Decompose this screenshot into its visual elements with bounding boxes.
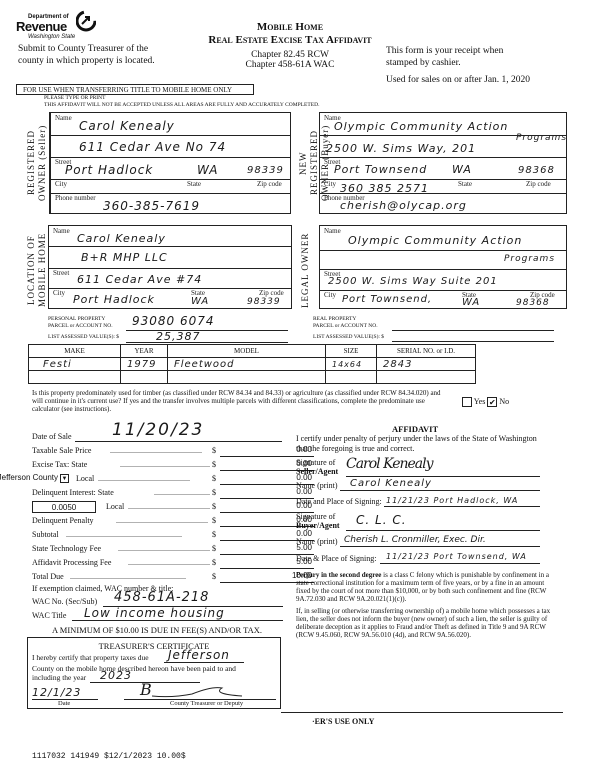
dot-leader: ........................................… [110, 446, 210, 455]
buyer-zip-input[interactable]: 98368 [518, 165, 555, 176]
location-name-label: Name [53, 227, 70, 235]
affidavit-title: AFFIDAVIT [392, 424, 438, 434]
buyer-email-input[interactable]: cherish@olycap.org [340, 199, 467, 212]
dollar-sign: $ [212, 530, 216, 539]
dot-leader: ........................................… [118, 544, 210, 553]
dollar-sign: $ [212, 474, 216, 483]
location-label-1: LOCATION OF [26, 235, 36, 305]
no-label: No [499, 397, 509, 406]
seller-sig-label-2: Seller/Agent [296, 467, 338, 476]
seller-label-2: OWNER (Seller) [37, 125, 47, 201]
chapter-rcw: Chapter 82.45 RCW [180, 50, 400, 60]
seller-name-label: Name [55, 114, 72, 122]
buyer-date-place-input[interactable]: 11/21/23 Port Townsend, WA [386, 552, 527, 561]
personal-assessed-input[interactable]: 25,387 [156, 330, 201, 343]
real-parcel-input[interactable] [392, 323, 554, 331]
dollar-sign: $ [212, 516, 216, 525]
seller-box: Name Carol Kenealy 611 Cedar Ave No 74 S… [49, 112, 291, 214]
buyer-sig-label-1: Signature of [296, 512, 340, 521]
fee-row-penalty: Delinquent Penalty .....................… [32, 515, 302, 528]
buyer-zip-label: Zip code [526, 180, 551, 188]
seller-zip-label: Zip code [257, 180, 282, 188]
title-line-2: Real Estate Excise Tax Affidavit [180, 34, 400, 46]
personal-assessed-line [126, 342, 288, 343]
logo-state-text: Washington State [28, 34, 75, 40]
submit-text-2: county in which property is located. [18, 55, 155, 67]
legal-name-input[interactable]: Olympic Community Action [348, 234, 522, 247]
seller-date-line [384, 506, 540, 507]
location-city-label: City [53, 289, 65, 297]
location-name-line2[interactable]: B+R MHP LLC [81, 251, 168, 264]
fee-label: Excise Tax: State [32, 460, 87, 469]
fee-label: Subtotal [32, 530, 59, 539]
treasurer-year-input[interactable]: 2023 [100, 669, 132, 682]
cashier-use-label: ·ER'S USE ONLY [312, 717, 374, 726]
warning-text: THIS AFFIDAVIT WILL NOT BE ACCEPTED UNLE… [44, 102, 319, 108]
seller-state-input[interactable]: WA [197, 163, 218, 177]
perjury-bold: Perjury in the second degree [296, 571, 381, 579]
used-for-text: Used for sales on or after Jan. 1, 2020 [386, 74, 530, 86]
seller-address-input[interactable]: 611 Cedar Ave No 74 [79, 140, 226, 154]
dot-leader: ........................................… [120, 460, 210, 469]
date-of-sale-input[interactable]: 11/20/23 [112, 420, 204, 440]
real-parcel-label: REAL PROPERTY PARCEL or ACCOUNT NO. [313, 316, 378, 330]
fee-row-subtotal: Subtotal ...............................… [32, 529, 302, 542]
header-make: MAKE [29, 345, 121, 358]
treasurer-title: TREASURER'S CERTIFICATE [28, 641, 280, 651]
submit-text-1: Submit to County Treasurer of the [18, 43, 155, 55]
personal-assessed-label: LIST ASSESSED VALUE(S): $ [48, 334, 119, 340]
location-street-label: Street [53, 269, 69, 277]
fee-row-excise-state: Excise Tax: State ......................… [32, 459, 302, 472]
buyer-name-print-label: Name (print) [296, 537, 338, 546]
wac-no-input[interactable]: 458-61A-218 [114, 590, 209, 605]
size-cell[interactable] [326, 371, 377, 384]
fee-label: Taxable Sale Price [32, 446, 91, 455]
model-cell[interactable]: Fleetwood [168, 358, 326, 371]
buyer-city-input[interactable]: Port Townsend [334, 163, 427, 176]
minimum-due-note: A MINIMUM OF $10.00 IS DUE IN FEE(S) AND… [52, 625, 262, 635]
dollar-sign: $ [212, 558, 216, 567]
seller-zip-input[interactable]: 98339 [247, 165, 284, 176]
buyer-label-1: NEW REGISTERED [298, 131, 319, 196]
buyer-state-label: State [458, 180, 472, 188]
fee-row-interest-state: Delinquent Interest: State .............… [32, 487, 302, 500]
dollar-sign: $ [212, 572, 216, 581]
dot-leader: ........................................… [154, 488, 210, 497]
fee-label: Local [76, 474, 94, 483]
dollar-sign: $ [212, 488, 216, 497]
dollar-sign: $ [212, 460, 216, 469]
logo-revenue-text: Revenue [16, 19, 67, 34]
affidavit-certify: I certify under penalty of perjury under… [296, 434, 546, 454]
dot-leader: ........................................… [128, 558, 210, 567]
location-city-input[interactable]: Port Hadlock [73, 293, 155, 306]
county-select[interactable]: Jefferson County [0, 473, 58, 482]
seller-section-label: REGISTERED OWNER (Seller) [26, 118, 48, 208]
buyer-city-label: City [324, 180, 336, 188]
seller-city-label: City [55, 180, 67, 188]
seller-sig-label-1: Signature of [296, 458, 338, 467]
seller-name-print-label: Name (print) [296, 481, 338, 490]
buyer-section-label: NEW REGISTERED OWNER (Buyer) [298, 118, 320, 208]
personal-parcel-label-1: PERSONAL PROPERTY [48, 316, 113, 323]
dollar-sign: $ [212, 502, 216, 511]
dot-leader: ........................................… [66, 530, 210, 539]
location-section-label: LOCATION OF MOBILE HOME [26, 230, 48, 310]
receipt-text-1: This form is your receipt when [386, 45, 530, 57]
wac-title-input[interactable]: Low income housing [84, 606, 225, 620]
personal-parcel-input[interactable]: 93080 6074 [132, 314, 215, 328]
treasurer-county-input[interactable]: Jefferson [168, 648, 230, 662]
buyer-name-print-line [340, 546, 540, 547]
real-assessed-input[interactable] [392, 334, 554, 342]
treasurer-sig-label: County Treasurer or Deputy [170, 700, 243, 707]
treasurer-certify-1: I hereby certify that property taxes due [32, 653, 149, 662]
seller-signature[interactable]: Carol Kenealy [346, 456, 433, 472]
lien-notice: If, in selling (or otherwise transferrin… [296, 607, 552, 639]
dor-logo: Department of Revenue Washington State [16, 10, 96, 42]
dot-leader: ........................................… [70, 572, 210, 581]
treasurer-date-label: Date [58, 700, 70, 707]
dollar-sign: $ [212, 544, 216, 553]
size-cell[interactable]: 14x64 [326, 358, 377, 371]
perjury-notice: Perjury in the second degree is a class … [296, 571, 552, 603]
personal-parcel-label: PERSONAL PROPERTY PARCEL or ACCOUNT NO. [48, 316, 113, 330]
personal-parcel-label-2: PARCEL or ACCOUNT NO. [48, 323, 113, 330]
treasurer-year-label: including the year [32, 673, 86, 682]
dot-leader: ........................................… [128, 502, 210, 511]
buyer-name-print-input[interactable]: Cherish L. Cronmiller, Exec. Dir. [344, 535, 486, 545]
yes-label: Yes [474, 397, 486, 406]
serial-cell[interactable]: 2843 [377, 358, 476, 371]
header-model: MODEL [168, 345, 326, 358]
treasurer-certificate-box: TREASURER'S CERTIFICATE I hereby certify… [27, 637, 281, 709]
legal-name-label: Name [324, 227, 341, 235]
yes-checkbox[interactable] [462, 397, 472, 407]
legal-owner-section-label: LEGAL OWNER [300, 230, 314, 310]
seller-name-print-line [340, 490, 540, 491]
no-checkbox[interactable]: ✔ [487, 397, 497, 407]
fee-table: Taxable Sale Price .....................… [32, 445, 322, 585]
chapter-wac: Chapter 458-61A WAC [180, 60, 400, 70]
use-banner: FOR USE WHEN TRANSFERRING TITLE TO MOBIL… [16, 84, 254, 95]
buyer-signature-line [346, 530, 540, 531]
chevron-down-icon[interactable]: ▼ [60, 474, 69, 483]
seller-phone-label: Phone number [55, 194, 96, 202]
dot-leader: ........................................… [98, 474, 210, 483]
location-zip-label: Zip code [259, 289, 284, 297]
model-cell[interactable] [168, 371, 326, 384]
buyer-box: Name Olympic Community Action Programs 2… [319, 112, 567, 214]
receipt-text-2: stamped by cashier. [386, 57, 530, 69]
legal-name-cont[interactable]: Programs [504, 254, 555, 264]
location-box: Name Carol Kenealy B+R MHP LLC Street 61… [48, 225, 292, 309]
year-cell[interactable]: 1979 [121, 358, 168, 371]
fee-label: State Technology Fee [32, 544, 101, 553]
fee-row-excise-local: Jefferson County ▼ Local ...............… [32, 473, 302, 486]
header-size: SIZE [326, 345, 377, 358]
treasurer-certify-2: County on the mobile home described here… [32, 664, 236, 673]
real-parcel-label-1: REAL PROPERTY [313, 316, 378, 323]
table-row: Festi 1979 Fleetwood 14x64 2843 [29, 358, 476, 371]
buyer-date-label: Date & Place of Signing: [296, 554, 376, 563]
buyer-signature[interactable]: C. L. C. [356, 513, 407, 527]
dollar-sign: $ [212, 446, 216, 455]
legal-city-label: City [324, 291, 336, 299]
seller-phone-input[interactable]: 360-385-7619 [103, 199, 200, 213]
buyer-sig-label: Signature of Buyer/Agent [296, 512, 340, 530]
fee-label: Total Due [32, 572, 64, 581]
submit-instructions: Submit to County Treasurer of the county… [18, 43, 155, 67]
personal-parcel-line [126, 330, 288, 331]
buyer-name-input[interactable]: Olympic Community Action [334, 120, 508, 133]
location-label-2: MOBILE HOME [37, 233, 47, 307]
treasurer-date-input[interactable]: 12/1/23 [32, 686, 81, 699]
receipt-note: This form is your receipt when stamped b… [386, 45, 530, 86]
cashier-top-rule [281, 712, 563, 713]
buyer-address-input[interactable]: 2500 W. Sims Way, 201 [326, 142, 476, 155]
buyer-state-input[interactable]: WA [452, 163, 472, 176]
header-serial: SERIAL NO. or I.D. [377, 345, 476, 358]
county-select-value: Jefferson County [0, 473, 58, 482]
fee-row-total: Total Due ..............................… [32, 571, 302, 584]
legal-state-input[interactable]: WA [462, 297, 480, 308]
seller-label-1: REGISTERED [26, 131, 36, 196]
rate-input[interactable]: 0.0050 [32, 501, 96, 513]
fee-row-taxable: Taxable Sale Price .....................… [32, 445, 302, 458]
revenue-swirl-logo-icon [76, 10, 96, 32]
wac-title-line [72, 620, 283, 621]
fee-label: Delinquent Interest: State [32, 488, 114, 497]
make-cell[interactable]: Festi [29, 358, 121, 371]
wac-title-label: WAC Title [32, 611, 66, 620]
make-cell[interactable] [29, 371, 121, 384]
seller-signature-line [346, 476, 540, 477]
year-cell[interactable] [121, 371, 168, 384]
seller-city-input[interactable]: Port Hadlock [65, 163, 153, 177]
timber-question: Is this property predominately used for … [32, 389, 442, 413]
serial-cell[interactable] [377, 371, 476, 384]
buyer-date-line [380, 563, 540, 564]
seller-date-label: Date and Place of Signing: [296, 497, 382, 506]
table-row [29, 371, 476, 384]
timber-yes-no: Yes ✔ No [462, 397, 509, 407]
legal-street-input[interactable]: 2500 W. Sims Way Suite 201 [328, 276, 498, 287]
treasurer-signature-stroke-icon [152, 682, 252, 700]
wac-no-label: WAC No. (Sec/Sub) [32, 597, 97, 606]
location-name-input[interactable]: Carol Kenealy [77, 232, 166, 245]
seller-date-place-input[interactable]: 11/21/23 Port Hadlock, WA [386, 496, 518, 505]
seller-state-label: State [187, 180, 201, 188]
fee-label: Delinquent Penalty [32, 516, 94, 525]
fee-label: Affidavit Processing Fee [32, 558, 111, 567]
buyer-sig-label-2: Buyer/Agent [296, 521, 340, 530]
fee-row-tech-fee: State Technology Fee ...................… [32, 543, 302, 556]
form-title: Mobile Home Real Estate Excise Tax Affid… [180, 21, 400, 70]
receipt-stamp: 1117032 141949 $12/1/2023 10.00$ [32, 752, 186, 761]
header-year: YEAR [121, 345, 168, 358]
fee-label: Local [106, 502, 124, 511]
title-line-1: Mobile Home [180, 21, 400, 33]
real-assessed-label: LIST ASSESSED VALUE(S): $ [313, 334, 384, 340]
legal-city-input[interactable]: Port Townsend, [342, 294, 432, 305]
dot-leader: ........................................… [116, 516, 210, 525]
vehicle-table: MAKE YEAR MODEL SIZE SERIAL NO. or I.D. … [28, 344, 476, 384]
real-parcel-label-2: PARCEL or ACCOUNT NO. [313, 323, 378, 330]
location-state-input[interactable]: WA [191, 296, 209, 307]
vehicle-table-header: MAKE YEAR MODEL SIZE SERIAL NO. or I.D. [29, 345, 476, 358]
legal-owner-box: Name Olympic Community Action Programs S… [319, 225, 567, 309]
please-type: PLEASE TYPE OR PRINT [44, 95, 105, 101]
seller-sig-label: Signature of Seller/Agent [296, 458, 338, 476]
location-zip-input[interactable]: 98339 [247, 297, 281, 307]
date-of-sale-label: Date of Sale [32, 432, 72, 441]
date-of-sale-line [75, 441, 282, 442]
fee-row-interest-local: 0.0050 Local ...........................… [32, 501, 302, 514]
treasurer-signature[interactable]: B [140, 680, 153, 699]
legal-zip-input[interactable]: 98368 [516, 298, 550, 308]
fee-row-processing-fee: Affidavit Processing Fee ...............… [32, 557, 302, 570]
treasurer-county-line [164, 662, 244, 663]
seller-name-input[interactable]: Carol Kenealy [79, 119, 175, 133]
location-street-input[interactable]: 611 Cedar Ave #74 [77, 273, 202, 286]
seller-name-print-input[interactable]: Carol Kenealy [350, 478, 432, 489]
